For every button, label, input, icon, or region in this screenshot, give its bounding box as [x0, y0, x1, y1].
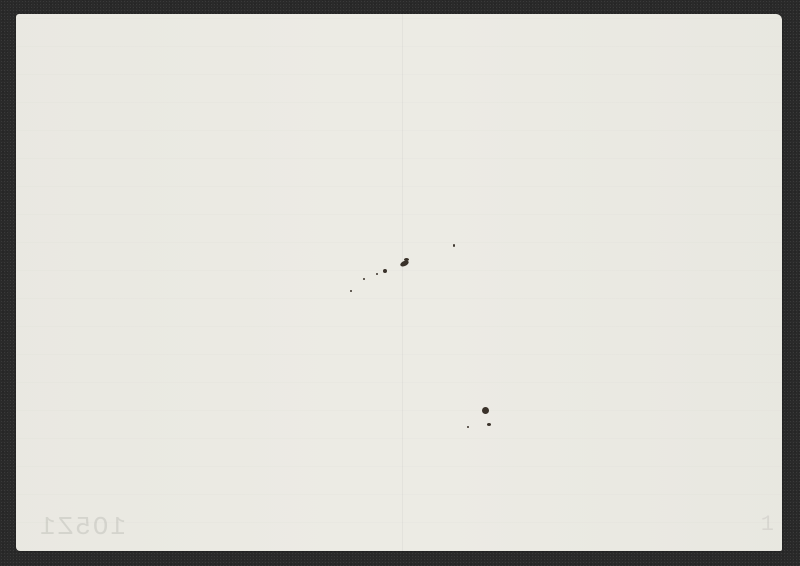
- bleed-through-number: 1O5Z1: [38, 512, 126, 542]
- center-fold: [402, 14, 403, 551]
- bleed-through-mark: 1: [761, 512, 774, 537]
- paper-sheet: 1O5Z1 1: [16, 14, 782, 551]
